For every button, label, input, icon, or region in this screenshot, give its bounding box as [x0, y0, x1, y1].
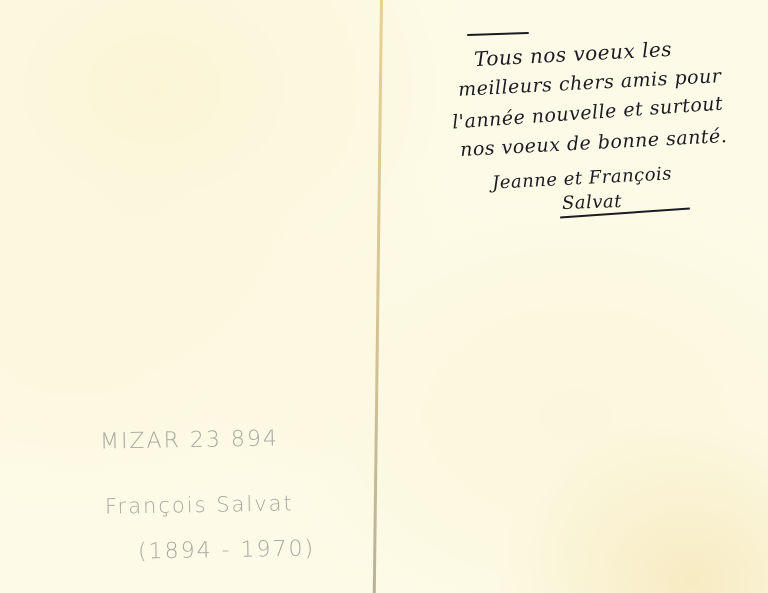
pencil-note-name: François Salvat: [105, 491, 294, 518]
pencil-note-dates: (1894 - 1970): [138, 536, 315, 564]
signature-surname: Salvat: [562, 191, 623, 214]
pencil-note-reference: MIZAR 23 894: [100, 426, 279, 454]
greeting-card: Tous nos voeux les meilleurs chers amis …: [0, 0, 768, 593]
